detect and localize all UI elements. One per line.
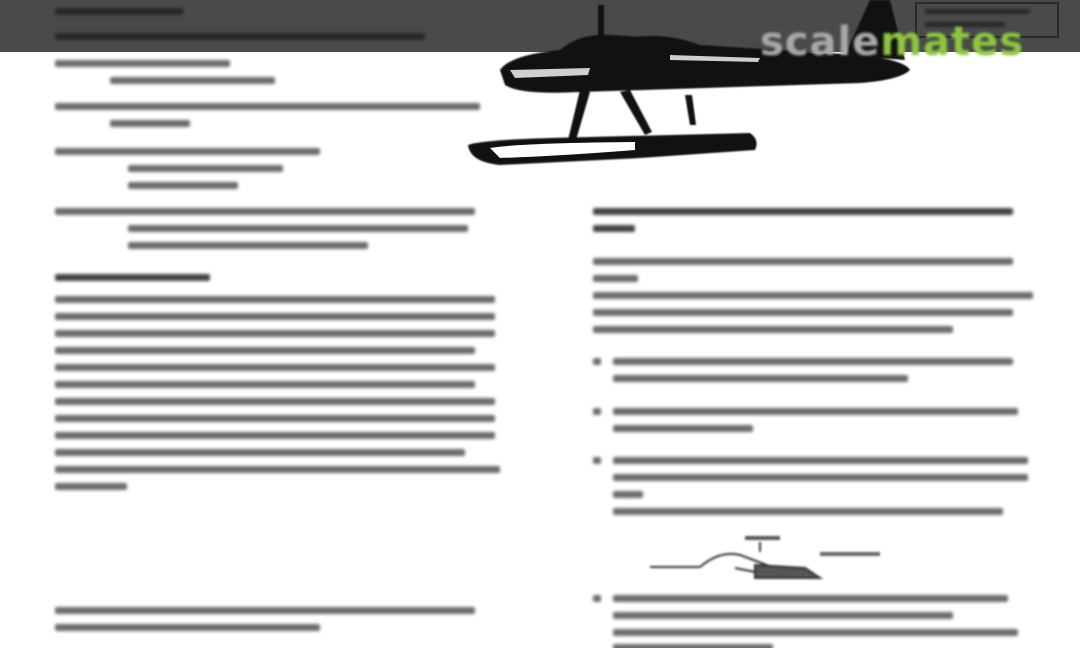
header-text-line <box>55 33 425 40</box>
info-box-text <box>925 9 1030 14</box>
part-diagram <box>640 530 920 590</box>
scalemates-logo: scalemates <box>760 22 1024 62</box>
header-text-line <box>55 8 183 15</box>
